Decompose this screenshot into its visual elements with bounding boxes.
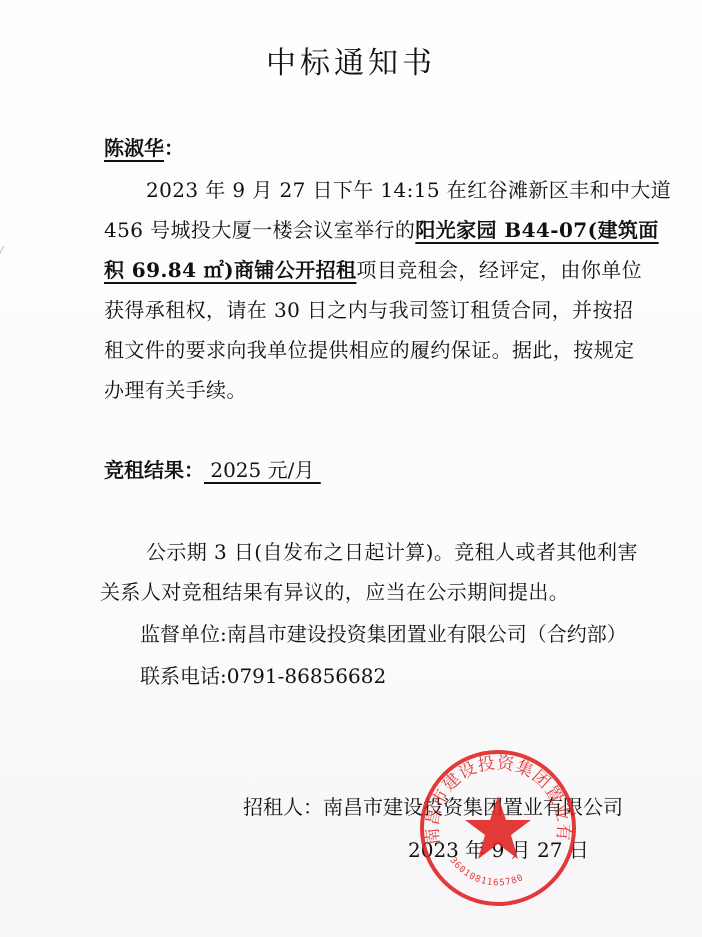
bid-result: 竞租结果： 2025 元/月 — [104, 458, 321, 482]
supervisor-unit: 监督单位:南昌市建设投资集团置业有限公司（合约部） — [140, 622, 627, 646]
property-area: 积 69.84 ㎡)商铺公开招租 — [104, 258, 356, 282]
addressee-name: 陈淑华 — [104, 136, 164, 160]
company-seal-icon: 南昌市建设投资集团置业有限公司 3601081165780 — [418, 748, 578, 908]
property-name: 阳光家园 B44-07(建筑面 — [415, 218, 658, 242]
body-line-2-prefix: 456 号城投大厦一楼会议室举行的 — [104, 218, 415, 242]
document-page: 中标通知书 陈淑华： 2023 年 9 月 27 日下午 14:15 在红谷滩新… — [0, 0, 702, 937]
body-line-6: 办理有关手续。 — [104, 378, 247, 402]
body-line-2: 456 号城投大厦一楼会议室举行的阳光家园 B44-07(建筑面 — [104, 218, 659, 242]
bid-result-value: 2025 元/月 — [204, 458, 321, 482]
addressee: 陈淑华： — [104, 136, 184, 160]
notice-line-2: 关系人对竞租结果有异议的，应当在公示期间提出。 — [100, 580, 569, 604]
body-line-5: 租文件的要求向我单位提供相应的履约保证。据此，按规定 — [104, 338, 634, 362]
body-line-3: 积 69.84 ㎡)商铺公开招租项目竞租会，经评定，由你单位 — [104, 258, 642, 282]
addressee-colon: ： — [164, 136, 184, 160]
document-title: 中标通知书 — [0, 38, 702, 82]
body-line-4: 获得承租权，请在 30 日之内与我司签订租赁合同，并按招 — [104, 298, 633, 322]
bid-result-label: 竞租结果： — [104, 458, 204, 482]
notice-line-1: 公示期 3 日(自发布之日起计算)。竞租人或者其他利害 — [146, 540, 638, 564]
contact-phone: 联系电话:0791-86856682 — [140, 664, 386, 688]
svg-text:3601081165780: 3601081165780 — [447, 856, 525, 889]
body-line-1: 2023 年 9 月 27 日下午 14:15 在红谷滩新区丰和中大道 — [146, 178, 671, 202]
body-line-3-suffix: 项目竞租会，经评定，由你单位 — [356, 258, 642, 282]
scan-mark — [0, 246, 10, 260]
